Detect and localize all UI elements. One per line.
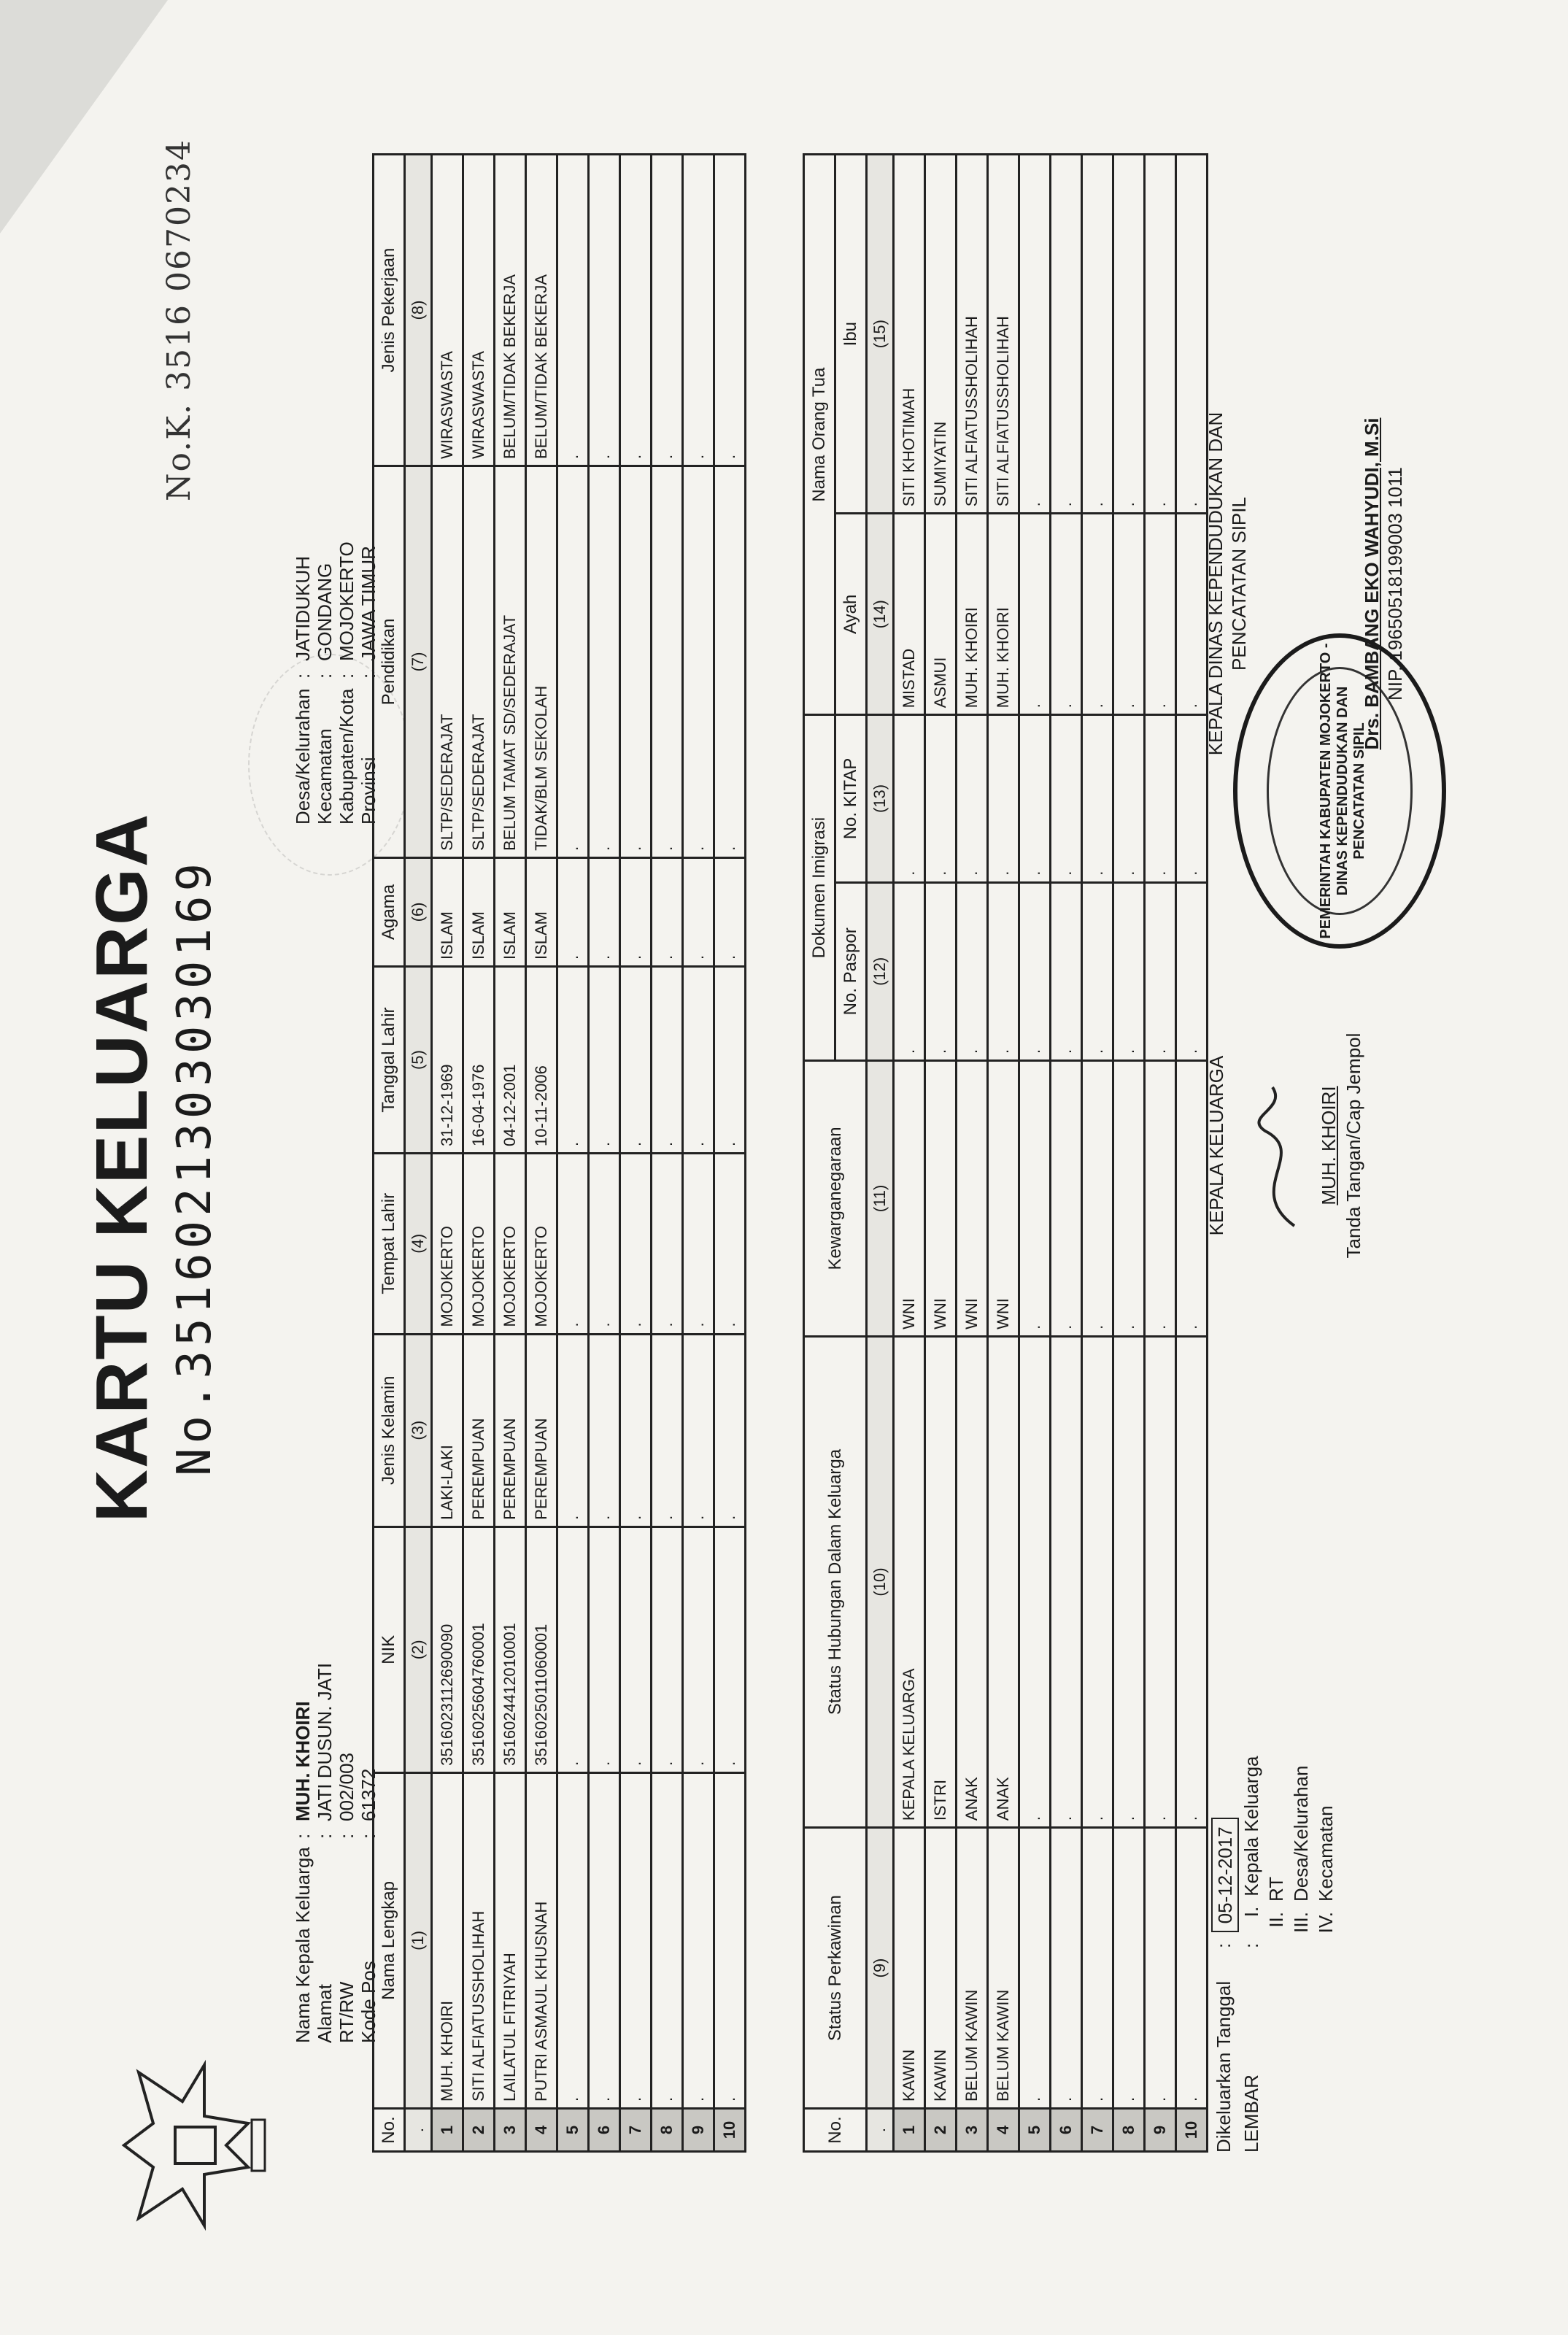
col-header-religion: Agama	[374, 857, 405, 966]
cell-name: SITI ALFIATUSSHOLIHAH	[463, 1772, 495, 2108]
official-title-1: KEPALA DINAS KEPENDUDUKAN DAN	[1204, 328, 1227, 839]
cell-religion: .	[652, 857, 683, 966]
head-name-value: MUH. KHOIRI	[292, 1701, 314, 1821]
village-value: JATIDUKUH	[292, 556, 314, 661]
cell-nik: .	[557, 1527, 589, 1772]
cell-occupation: .	[652, 155, 683, 466]
cell-religion: .	[620, 857, 652, 966]
lembar-item: Desa/Kelurahan	[1289, 1766, 1313, 1902]
cell-nik: .	[652, 1527, 683, 1772]
issuance-info: Dikeluarkan Tanggal: 05-12-2017 LEMBAR:I…	[1211, 1756, 1338, 2153]
cell-name: MUH. KHOIRI	[432, 1772, 463, 2108]
head-name-label: Nama Kepala Keluarga	[292, 1839, 314, 2043]
col-header-gender: Jenis Kelamin	[374, 1334, 405, 1527]
cell-no: 5	[557, 2109, 589, 2152]
cell-kitap: .	[894, 715, 925, 882]
cell-occupation: .	[620, 155, 652, 466]
cell-relationship: .	[1019, 1336, 1051, 1827]
cell-birthplace: .	[714, 1154, 746, 1335]
cell-marital: .	[1176, 1828, 1208, 2109]
col-header-no: No.	[804, 2109, 867, 2152]
status-parents-table: No. Status Perkawinan Status Hubungan Da…	[803, 153, 1208, 2153]
cell-kitap: .	[988, 715, 1019, 882]
cell-kitap: .	[925, 715, 957, 882]
header-left-info: Nama Kepala Keluarga:MUH. KHOIRI Alamat:…	[292, 1663, 379, 2043]
cell-relationship: .	[1082, 1336, 1113, 1827]
cell-mother: .	[1176, 155, 1208, 514]
cell-no: 2	[463, 2109, 495, 2152]
cell-religion: ISLAM	[432, 857, 463, 966]
cell-nik: 3516023112690090	[432, 1527, 463, 1772]
cell-no: 5	[1019, 2109, 1051, 2152]
cell-father: MUH. KHOIRI	[988, 514, 1019, 715]
cell-occupation: BELUM/TIDAK BEKERJA	[495, 155, 526, 466]
col-number: (14)	[867, 514, 894, 715]
col-header-passport: No. Paspor	[835, 882, 867, 1060]
cell-no: 6	[1051, 2109, 1082, 2152]
status-row: 3BELUM KAWINANAKWNI..MUH. KHOIRISITI ALF…	[957, 155, 988, 2152]
col-header-kitap: No. KITAP	[835, 715, 867, 882]
member-row: 7........	[620, 155, 652, 2152]
cell-mother: SITI ALFIATUSSHOLIHAH	[988, 155, 1019, 514]
col-number: (5)	[405, 967, 432, 1154]
cell-father: .	[1145, 514, 1176, 715]
cell-name: PUTRI ASMAUL KHUSNAH	[526, 1772, 557, 2108]
cell-birthdate: .	[652, 967, 683, 1154]
cell-citizenship: .	[1176, 1060, 1208, 1336]
cell-birthplace: .	[652, 1154, 683, 1335]
col-number: (2)	[405, 1527, 432, 1772]
cell-nik: .	[683, 1527, 714, 1772]
cell-no: 6	[589, 2109, 620, 2152]
cell-gender: PEREMPUAN	[526, 1334, 557, 1527]
issued-date: 05-12-2017	[1211, 1818, 1239, 1932]
cell-passport: .	[988, 882, 1019, 1060]
cell-citizenship: WNI	[925, 1060, 957, 1336]
cell-no: 9	[683, 2109, 714, 2152]
cell-birthplace: MOJOKERTO	[463, 1154, 495, 1335]
cell-marital: .	[1145, 1828, 1176, 2109]
cell-birthplace: .	[620, 1154, 652, 1335]
head-signature-block: KEPALA KELUARGA MUH. KHOIRI Tanda Tangan…	[1204, 992, 1366, 1299]
cell-relationship: .	[1145, 1336, 1176, 1827]
cell-passport: .	[925, 882, 957, 1060]
cell-passport: .	[1082, 882, 1113, 1060]
cell-birthdate: 04-12-2001	[495, 967, 526, 1154]
cell-marital: .	[1051, 1828, 1082, 2109]
cell-kitap: .	[957, 715, 988, 882]
official-nip: NIP. 19650518199003 1011	[1383, 328, 1407, 839]
cell-nik: 3516024412010001	[495, 1527, 526, 1772]
cell-gender: PEREMPUAN	[495, 1334, 526, 1527]
lembar-num: II.	[1264, 1912, 1289, 1948]
cell-gender: LAKI-LAKI	[432, 1334, 463, 1527]
cell-citizenship: .	[1082, 1060, 1113, 1336]
cell-mother: .	[1019, 155, 1051, 514]
cell-passport: .	[1145, 882, 1176, 1060]
cell-no: 7	[1082, 2109, 1113, 2152]
member-row: 2SITI ALFIATUSSHOLIHAH3516025604760001PE…	[463, 155, 495, 2152]
cell-occupation: WIRASWASTA	[463, 155, 495, 466]
cell-no: 4	[988, 2109, 1019, 2152]
family-card-sheet: KARTU KELUARGA No.3516021303030169 No.K.…	[51, 73, 1437, 2262]
cell-education: .	[683, 466, 714, 858]
head-signature-title: KEPALA KELUARGA	[1204, 992, 1229, 1299]
cell-gender: .	[620, 1334, 652, 1527]
cell-religion: .	[714, 857, 746, 966]
cell-father: MISTAD	[894, 514, 925, 715]
cell-gender: .	[714, 1334, 746, 1527]
cell-education: SLTP/SEDERAJAT	[463, 466, 495, 858]
district-label: Kecamatan	[314, 679, 336, 825]
cell-marital: BELUM KAWIN	[988, 1828, 1019, 2109]
scanned-paper: KARTU KELUARGA No.3516021303030169 No.K.…	[0, 0, 1568, 2335]
header-right-info: Desa/Kelurahan:JATIDUKUH Kecamatan:GONDA…	[292, 541, 379, 825]
col-header-marital: Status Perkawinan	[804, 1828, 867, 2109]
cell-birthdate: .	[714, 967, 746, 1154]
cell-relationship: .	[1113, 1336, 1145, 1827]
cell-name: LAILATUL FITRIYAH	[495, 1772, 526, 2108]
cell-religion: .	[589, 857, 620, 966]
status-row: 1KAWINKEPALA KELUARGAWNI..MISTADSITI KHO…	[894, 155, 925, 2152]
lembar-num: IV.	[1313, 1912, 1338, 1948]
cell-no: 3	[957, 2109, 988, 2152]
cell-gender: .	[683, 1334, 714, 1527]
status-row: 4BELUM KAWINANAKWNI..MUH. KHOIRISITI ALF…	[988, 155, 1019, 2152]
cell-kitap: .	[1176, 715, 1208, 882]
cell-marital: .	[1113, 1828, 1145, 2109]
cell-mother: SITI KHOTIMAH	[894, 155, 925, 514]
col-header-no: No.	[374, 2109, 405, 2152]
cell-education: TIDAK/BLM SEKOLAH	[526, 466, 557, 858]
cell-birthdate: 31-12-1969	[432, 967, 463, 1154]
col-number: (6)	[405, 857, 432, 966]
address-value: JATI DUSUN. JATI	[314, 1663, 336, 1821]
cell-no: 3	[495, 2109, 526, 2152]
cell-nik: 3516025011060001	[526, 1527, 557, 1772]
cell-marital: .	[1082, 1828, 1113, 2109]
cell-father: .	[1019, 514, 1051, 715]
col-number: .	[867, 2109, 894, 2152]
cell-occupation: .	[557, 155, 589, 466]
col-number: (10)	[867, 1336, 894, 1827]
lembar-num: I.	[1239, 1907, 1264, 1943]
cell-occupation: .	[683, 155, 714, 466]
cell-relationship: ANAK	[957, 1336, 988, 1827]
cell-education: .	[589, 466, 620, 858]
lembar-label: LEMBAR	[1239, 1948, 1264, 2153]
cell-birthdate: 10-11-2006	[526, 967, 557, 1154]
member-row: 6........	[589, 155, 620, 2152]
col-number: (1)	[405, 1772, 432, 2108]
document-title: KARTU KELUARGA	[80, 73, 164, 2262]
member-row: 8........	[652, 155, 683, 2152]
col-header-birthplace: Tempat Lahir	[374, 1154, 405, 1335]
members-table: No. Nama Lengkap NIK Jenis Kelamin Tempa…	[372, 153, 746, 2153]
cell-no: 7	[620, 2109, 652, 2152]
cell-birthdate: .	[683, 967, 714, 1154]
signature-icon	[1229, 992, 1316, 1299]
lembar-item: Kecamatan	[1313, 1805, 1338, 1902]
cell-father: ASMUI	[925, 514, 957, 715]
cell-no: 1	[894, 2109, 925, 2152]
cell-education: BELUM TAMAT SD/SEDERAJAT	[495, 466, 526, 858]
lembar-item: RT	[1264, 1877, 1289, 1902]
status-row: 10.......	[1176, 155, 1208, 2152]
cell-name: .	[557, 1772, 589, 2108]
status-row: 8.......	[1113, 155, 1145, 2152]
cell-passport: .	[957, 882, 988, 1060]
cell-religion: .	[683, 857, 714, 966]
cell-citizenship: WNI	[988, 1060, 1019, 1336]
cell-birthplace: .	[557, 1154, 589, 1335]
status-row: 7.......	[1082, 155, 1113, 2152]
cell-father: .	[1082, 514, 1113, 715]
col-header-immigration: Dokumen Imigrasi	[804, 715, 835, 1061]
cell-no: 10	[1176, 2109, 1208, 2152]
col-number: .	[405, 2109, 432, 2152]
col-number: (9)	[867, 1828, 894, 2109]
status-row: 5.......	[1019, 155, 1051, 2152]
cell-nik: .	[714, 1527, 746, 1772]
cell-birthplace: MOJOKERTO	[432, 1154, 463, 1335]
cell-education: .	[652, 466, 683, 858]
cell-citizenship: WNI	[894, 1060, 925, 1336]
cell-relationship: ANAK	[988, 1336, 1019, 1827]
col-header-relationship: Status Hubungan Dalam Keluarga	[804, 1336, 867, 1827]
cell-no: 2	[925, 2109, 957, 2152]
cell-marital: KAWIN	[894, 1828, 925, 2109]
cell-mother: SITI ALFIATUSSHOLIHAH	[957, 155, 988, 514]
cell-passport: .	[1113, 882, 1145, 1060]
cell-passport: .	[1176, 882, 1208, 1060]
cell-no: 9	[1145, 2109, 1176, 2152]
cell-father: .	[1176, 514, 1208, 715]
cell-citizenship: .	[1019, 1060, 1051, 1336]
cell-mother: .	[1113, 155, 1145, 514]
col-number: (8)	[405, 155, 432, 466]
lembar-item: Kepala Keluarga	[1239, 1756, 1264, 1896]
village-label: Desa/Kelurahan	[292, 679, 314, 825]
col-header-occupation: Jenis Pekerjaan	[374, 155, 405, 466]
cell-name: .	[589, 1772, 620, 2108]
cell-birthplace: MOJOKERTO	[526, 1154, 557, 1335]
official-title-2: PENCATATAN SIPIL	[1227, 328, 1251, 839]
cell-passport: .	[1019, 882, 1051, 1060]
cell-birthplace: MOJOKERTO	[495, 1154, 526, 1335]
cell-religion: ISLAM	[463, 857, 495, 966]
cell-father: .	[1051, 514, 1082, 715]
cell-name: .	[714, 1772, 746, 2108]
col-number: (3)	[405, 1334, 432, 1527]
status-row: 9.......	[1145, 155, 1176, 2152]
cell-education: .	[620, 466, 652, 858]
rtrw-value: 002/003	[336, 1753, 358, 1821]
cell-kitap: .	[1082, 715, 1113, 882]
cell-mother: SUMIYATIN	[925, 155, 957, 514]
col-header-education: Pendidikan	[374, 466, 405, 858]
status-row: 2KAWINISTRIWNI..ASMUISUMIYATIN	[925, 155, 957, 2152]
issued-label: Dikeluarkan Tanggal	[1211, 1948, 1239, 2153]
col-number: (15)	[867, 155, 894, 514]
cell-occupation: .	[589, 155, 620, 466]
cell-nik: .	[620, 1527, 652, 1772]
col-number: (13)	[867, 715, 894, 882]
cell-no: 8	[1113, 2109, 1145, 2152]
cell-birthplace: .	[589, 1154, 620, 1335]
cell-religion: ISLAM	[495, 857, 526, 966]
cell-occupation: BELUM/TIDAK BEKERJA	[526, 155, 557, 466]
cell-religion: .	[557, 857, 589, 966]
col-number: (11)	[867, 1060, 894, 1336]
member-row: 10........	[714, 155, 746, 2152]
cell-birthdate: .	[620, 967, 652, 1154]
cell-relationship: .	[1051, 1336, 1082, 1827]
member-row: 9........	[683, 155, 714, 2152]
cell-gender: PEREMPUAN	[463, 1334, 495, 1527]
cell-occupation: WIRASWASTA	[432, 155, 463, 466]
cell-citizenship: WNI	[957, 1060, 988, 1336]
cell-name: .	[652, 1772, 683, 2108]
member-row: 1MUH. KHOIRI3516023112690090LAKI-LAKIMOJ…	[432, 155, 463, 2152]
cell-mother: .	[1145, 155, 1176, 514]
cell-marital: .	[1019, 1828, 1051, 2109]
cell-birthplace: .	[683, 1154, 714, 1335]
cell-occupation: .	[714, 155, 746, 466]
cell-birthdate: .	[557, 967, 589, 1154]
cell-relationship: ISTRI	[925, 1336, 957, 1827]
head-signature-name: MUH. KHOIRI	[1316, 992, 1341, 1299]
col-number: (4)	[405, 1154, 432, 1335]
cell-mother: .	[1082, 155, 1113, 514]
cell-passport: .	[1051, 882, 1082, 1060]
cell-gender: .	[589, 1334, 620, 1527]
cell-marital: KAWIN	[925, 1828, 957, 2109]
cell-marital: BELUM KAWIN	[957, 1828, 988, 2109]
lembar-num: III.	[1289, 1912, 1313, 1948]
cell-gender: .	[652, 1334, 683, 1527]
cell-education: .	[557, 466, 589, 858]
cell-name: .	[620, 1772, 652, 2108]
cell-birthdate: 16-04-1976	[463, 967, 495, 1154]
status-row: 6.......	[1051, 155, 1082, 2152]
regency-value: MOJOKERTO	[336, 541, 358, 661]
rtrw-label: RT/RW	[336, 1839, 358, 2043]
address-label: Alamat	[314, 1839, 336, 2043]
head-signature-caption: Tanda Tangan/Cap Jempol	[1341, 992, 1366, 1299]
cell-relationship: .	[1176, 1336, 1208, 1827]
cell-nik: 3516025604760001	[463, 1527, 495, 1772]
seal-text: PEMERINTAH KABUPATEN MOJOKERTO - DINAS K…	[1318, 638, 1368, 944]
regency-label: Kabupaten/Kota	[336, 679, 358, 825]
cell-no: 4	[526, 2109, 557, 2152]
col-header-birthdate: Tanggal Lahir	[374, 967, 405, 1154]
cell-no: 1	[432, 2109, 463, 2152]
cell-no: 10	[714, 2109, 746, 2152]
cell-no: 8	[652, 2109, 683, 2152]
cell-gender: .	[557, 1334, 589, 1527]
col-header-citizenship: Kewarganegaraan	[804, 1060, 867, 1336]
member-row: 5........	[557, 155, 589, 2152]
cell-education: .	[714, 466, 746, 858]
district-value: GONDANG	[314, 563, 336, 661]
col-header-nik: NIK	[374, 1527, 405, 1772]
cell-mother: .	[1051, 155, 1082, 514]
cell-father: .	[1113, 514, 1145, 715]
cell-citizenship: .	[1051, 1060, 1082, 1336]
cell-kitap: .	[1051, 715, 1082, 882]
col-header-name: Nama Lengkap	[374, 1772, 405, 2108]
member-row: 3LAILATUL FITRIYAH3516024412010001PEREMP…	[495, 155, 526, 2152]
col-number: (7)	[405, 466, 432, 858]
col-number: (12)	[867, 882, 894, 1060]
cell-religion: ISLAM	[526, 857, 557, 966]
cell-birthdate: .	[589, 967, 620, 1154]
cell-relationship: KEPALA KELUARGA	[894, 1336, 925, 1827]
col-header-mother: Ibu	[835, 155, 867, 514]
col-header-father: Ayah	[835, 514, 867, 715]
cell-name: .	[683, 1772, 714, 2108]
cell-citizenship: .	[1145, 1060, 1176, 1336]
cell-nik: .	[589, 1527, 620, 1772]
cell-father: MUH. KHOIRI	[957, 514, 988, 715]
member-row: 4PUTRI ASMAUL KHUSNAH3516025011060001PER…	[526, 155, 557, 2152]
cell-passport: .	[894, 882, 925, 1060]
cell-kitap: .	[1019, 715, 1051, 882]
official-signature-block: KEPALA DINAS KEPENDUDUKAN DAN PENCATATAN…	[1204, 328, 1407, 839]
cell-citizenship: .	[1113, 1060, 1145, 1336]
col-header-parents: Nama Orang Tua	[804, 155, 835, 715]
serial-number: No.K. 3516 0670234	[161, 139, 198, 501]
cell-kitap: .	[1113, 715, 1145, 882]
cell-education: SLTP/SEDERAJAT	[432, 466, 463, 858]
cell-kitap: .	[1145, 715, 1176, 882]
